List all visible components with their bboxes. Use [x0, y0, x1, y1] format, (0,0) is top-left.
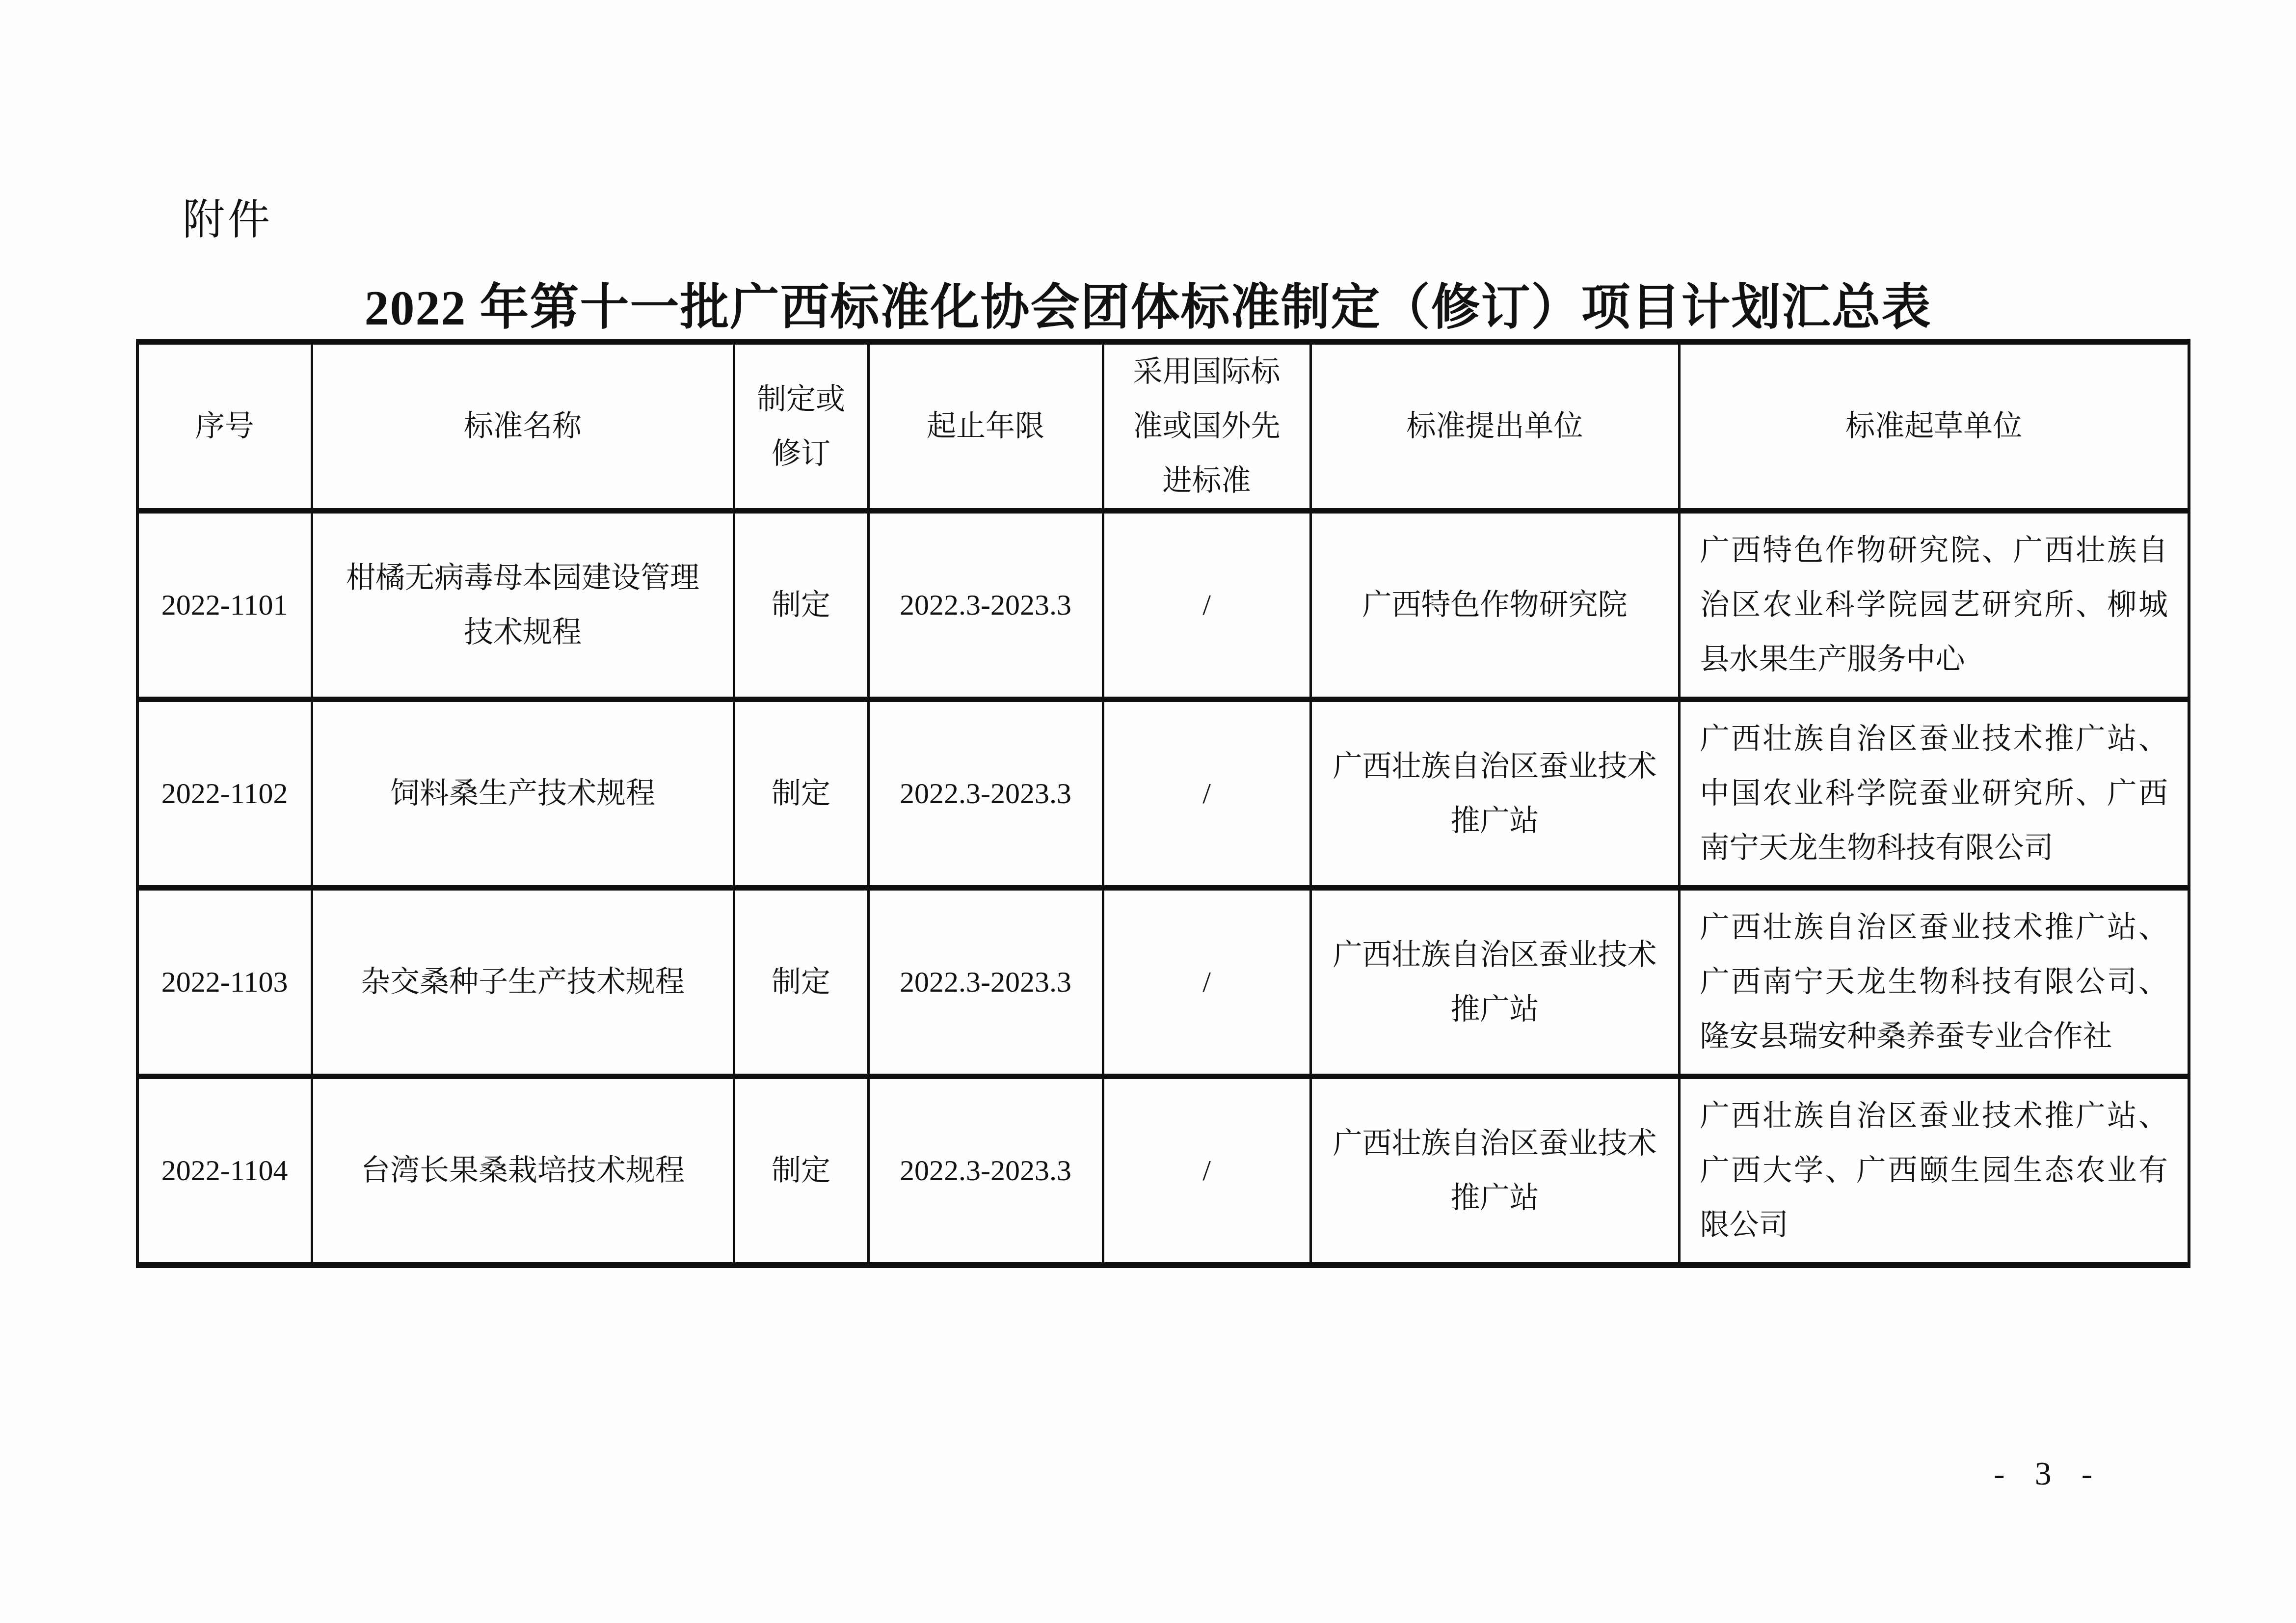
- cell-duration: 2022.3-2023.3: [868, 1077, 1103, 1266]
- projects-table: 序号 标准名称 制定或修订 起止年限 采用国际标准或国外先进标准 标准提出单位 …: [136, 339, 2190, 1268]
- cell-international: /: [1103, 700, 1310, 888]
- table-row: 2022-1103 杂交桑种子生产技术规程 制定 2022.3-2023.3 /…: [137, 888, 2189, 1077]
- cell-duration: 2022.3-2023.3: [868, 700, 1103, 888]
- cell-international: /: [1103, 888, 1310, 1077]
- column-header-duration: 起止年限: [868, 342, 1103, 511]
- column-header-formulate-or-revise: 制定或修订: [734, 342, 868, 511]
- document-page: 附件 2022 年第十一批广西标准化协会团体标准制定（修订）项目计划汇总表 序号…: [0, 0, 2296, 1623]
- cell-drafting-unit: 广西特色作物研究院、广西壮族自治区农业科学院园艺研究所、柳城县水果生产服务中心: [1679, 511, 2189, 700]
- cell-standard-name: 饲料桑生产技术规程: [312, 700, 734, 888]
- column-header-proposing-unit: 标准提出单位: [1310, 342, 1679, 511]
- column-header-standard-name: 标准名称: [312, 342, 734, 511]
- attachment-label: 附件: [183, 186, 273, 246]
- cell-serial: 2022-1104: [137, 1077, 312, 1266]
- column-header-international-standard: 采用国际标准或国外先进标准: [1103, 342, 1310, 511]
- table-header-row: 序号 标准名称 制定或修订 起止年限 采用国际标准或国外先进标准 标准提出单位 …: [137, 342, 2189, 511]
- column-header-drafting-unit: 标准起草单位: [1679, 342, 2189, 511]
- table-row: 2022-1102 饲料桑生产技术规程 制定 2022.3-2023.3 / 广…: [137, 700, 2189, 888]
- column-header-serial: 序号: [137, 342, 312, 511]
- cell-standard-name: 杂交桑种子生产技术规程: [312, 888, 734, 1077]
- cell-proposing-unit: 广西壮族自治区蚕业技术推广站: [1310, 888, 1679, 1077]
- cell-formulate: 制定: [734, 888, 868, 1077]
- cell-international: /: [1103, 511, 1310, 700]
- cell-standard-name: 柑橘无病毒母本园建设管理技术规程: [312, 511, 734, 700]
- cell-serial: 2022-1103: [137, 888, 312, 1077]
- table-row: 2022-1101 柑橘无病毒母本园建设管理技术规程 制定 2022.3-202…: [137, 511, 2189, 700]
- cell-international: /: [1103, 1077, 1310, 1266]
- table-row: 2022-1104 台湾长果桑栽培技术规程 制定 2022.3-2023.3 /…: [137, 1077, 2189, 1266]
- cell-proposing-unit: 广西特色作物研究院: [1310, 511, 1679, 700]
- cell-drafting-unit: 广西壮族自治区蚕业技术推广站、广西南宁天龙生物科技有限公司、隆安县瑞安种桑养蚕专…: [1679, 888, 2189, 1077]
- cell-drafting-unit: 广西壮族自治区蚕业技术推广站、中国农业科学院蚕业研究所、广西南宁天龙生物科技有限…: [1679, 700, 2189, 888]
- page-number: - 3 -: [1994, 1454, 2103, 1493]
- cell-formulate: 制定: [734, 700, 868, 888]
- cell-formulate: 制定: [734, 1077, 868, 1266]
- cell-proposing-unit: 广西壮族自治区蚕业技术推广站: [1310, 1077, 1679, 1266]
- cell-drafting-unit: 广西壮族自治区蚕业技术推广站、广西大学、广西颐生园生态农业有限公司: [1679, 1077, 2189, 1266]
- cell-serial: 2022-1102: [137, 700, 312, 888]
- cell-duration: 2022.3-2023.3: [868, 511, 1103, 700]
- cell-serial: 2022-1101: [137, 511, 312, 700]
- cell-standard-name: 台湾长果桑栽培技术规程: [312, 1077, 734, 1266]
- cell-proposing-unit: 广西壮族自治区蚕业技术推广站: [1310, 700, 1679, 888]
- cell-duration: 2022.3-2023.3: [868, 888, 1103, 1077]
- cell-formulate: 制定: [734, 511, 868, 700]
- page-title: 2022 年第十一批广西标准化协会团体标准制定（修订）项目计划汇总表: [0, 268, 2296, 338]
